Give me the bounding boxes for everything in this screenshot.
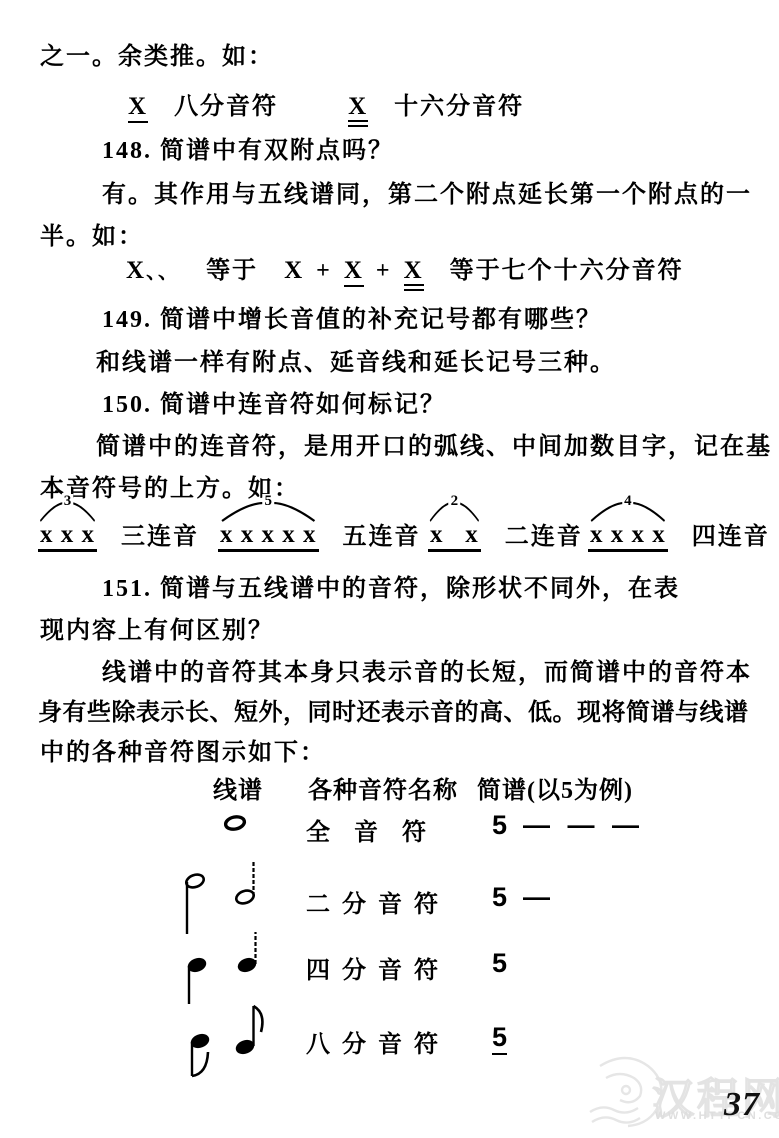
eighth-notes-icon bbox=[185, 1002, 281, 1084]
question-149: 149. 简谱中增长音值的补充记号都有哪些？ bbox=[102, 305, 602, 335]
double-dot-equation-line: X、、等于X+X+X等于七个十六分音符 bbox=[126, 256, 684, 287]
watermark-url-text: WWW.HTTPCN.COM bbox=[655, 1110, 779, 1122]
answer-151-line1: 线谱中的音符其本身只表示音的长短，而简谱中的音符本 bbox=[102, 658, 752, 688]
note-name-half: 二 分 音 符 bbox=[306, 884, 438, 919]
quadruplet-group: 4 x x x x 四连音 bbox=[588, 500, 770, 552]
duplet-notes-x: x x bbox=[428, 522, 481, 552]
quintuplet-label: 五连音 bbox=[343, 522, 421, 552]
duplet-group: 2 x x 二连音 bbox=[428, 500, 583, 552]
example-notes-line: X八分音符X十六分音符 bbox=[128, 92, 524, 122]
triplet-group: 3 x x x 三连音 bbox=[38, 500, 199, 552]
quadruplet-label: 四连音 bbox=[692, 522, 770, 552]
note-name-whole: 全 音 符 bbox=[306, 812, 426, 847]
sixteenth-x-term: X bbox=[404, 257, 424, 291]
eighth-note-x-symbol: X bbox=[128, 93, 148, 123]
quintuplet-notes-x: x x x x x bbox=[218, 522, 319, 552]
half-notes-icon bbox=[181, 858, 277, 938]
quintuplet-group: 5 x x x x x 五连音 bbox=[218, 500, 421, 552]
jianpu-number: 5 bbox=[492, 882, 507, 912]
equals-text-1: 等于 bbox=[206, 258, 258, 284]
question-151-line1: 151. 简谱与五线谱中的音符，除形状不同外，在表 bbox=[102, 574, 680, 604]
jianpu-dashes: — bbox=[523, 882, 550, 912]
page-number: 37 bbox=[724, 1086, 760, 1124]
answer-150-line1: 简谱中的连音符，是用开口的弧线、中间加数目字，记在基 bbox=[96, 432, 772, 462]
question-151-line2: 现内容上有何区别？ bbox=[40, 616, 274, 646]
note-name-quarter: 四 分 音 符 bbox=[306, 950, 438, 985]
equals-result-text: 等于七个十六分音符 bbox=[450, 258, 684, 284]
answer-148-line1: 有。其作用与五线谱同，第二个附点延长第一个附点的一 bbox=[102, 180, 752, 210]
augmentation-dots: 、、 bbox=[146, 261, 180, 283]
sixteenth-note-x-symbol: X bbox=[348, 93, 368, 127]
quarter-x-term: X bbox=[284, 257, 304, 284]
question-150: 150. 简谱中连音符如何标记？ bbox=[102, 390, 446, 420]
answer-151-line2: 身有些除表示长、短外，同时还表示音的高、低。现将简谱与线谱 bbox=[38, 698, 749, 728]
jianpu-number: 5 bbox=[492, 810, 507, 840]
table-header-staff: 线谱 bbox=[213, 770, 263, 805]
table-header-jianpu: 简谱(以5为例) bbox=[477, 770, 633, 805]
triplet-number: 3 bbox=[62, 494, 74, 509]
scanned-book-page: 之一。余类推。如： X八分音符X十六分音符 148. 简谱中有双附点吗？ 有。其… bbox=[0, 0, 779, 1138]
question-148: 148. 简谱中有双附点吗？ bbox=[102, 136, 394, 166]
triplet-label: 三连音 bbox=[121, 522, 199, 552]
duplet-label: 二连音 bbox=[505, 522, 583, 552]
plus-sign-1: + bbox=[316, 258, 332, 284]
quarter-notes-icon bbox=[183, 930, 279, 1008]
note-name-eighth: 八 分 音 符 bbox=[306, 1024, 438, 1059]
duplet-number: 2 bbox=[449, 494, 461, 509]
triplet-notes-x: x x x bbox=[38, 522, 97, 552]
answer-148-line2: 半。如： bbox=[40, 222, 144, 252]
whole-note-icon bbox=[222, 814, 248, 832]
answer-151-line3: 中的各种音符图示如下： bbox=[40, 738, 326, 768]
quadruplet-number: 4 bbox=[622, 494, 634, 509]
answer-149: 和线谱一样有附点、延音线和延长记号三种。 bbox=[96, 348, 616, 378]
sixteenth-note-label: 十六分音符 bbox=[394, 94, 524, 120]
table-header-names: 各种音符名称 bbox=[308, 770, 458, 805]
intro-line: 之一。余类推。如： bbox=[40, 42, 274, 72]
jianpu-number: 5 bbox=[492, 948, 507, 978]
plus-sign-2: + bbox=[376, 258, 392, 284]
quintuplet-number: 5 bbox=[263, 494, 275, 509]
jianpu-number-underlined: 5 bbox=[492, 1022, 507, 1055]
quadruplet-notes-x: x x x x bbox=[588, 522, 668, 552]
eighth-x-term: X bbox=[344, 257, 364, 287]
jianpu-dashes: — — — bbox=[523, 810, 639, 840]
eighth-note-label: 八分音符 bbox=[174, 94, 278, 120]
dotted-x-symbol: X bbox=[126, 257, 146, 284]
